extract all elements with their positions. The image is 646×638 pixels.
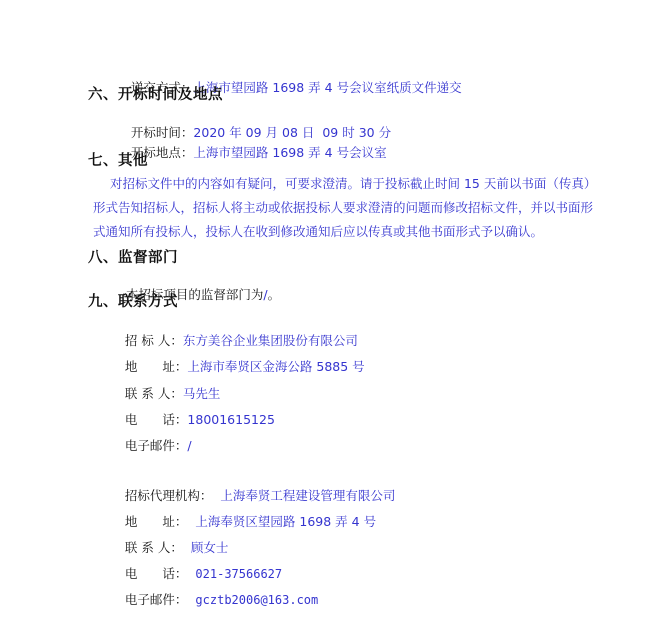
section-heading-opening: 六、开标时间及地点 — [88, 87, 223, 104]
agency-email-row: 电子邮件：gcztb2006@163.com — [109, 579, 318, 623]
open-place-value: 上海市望园路 1698 弄 4 号会议室 — [193, 145, 386, 160]
tenderer-email-row: 电子邮件：/ — [109, 425, 192, 468]
open-place-line: 开标地点：上海市望园路 1698 弄 4 号会议室 — [115, 132, 387, 175]
clarification-paragraph-line-3: 式通知所有投标人，投标人在收到修改通知后应以传真或其他书面形式予以确认。 — [93, 225, 543, 239]
clarification-paragraph-line-1: 对招标文件中的内容如有疑问，可要求澄清。请于投标截止时间 15 天前以书面（传真… — [110, 177, 596, 191]
agency-email-value: gcztb2006@163.com — [195, 593, 318, 607]
section-heading-other: 七、其他 — [88, 153, 148, 170]
section-heading-supervision: 八、监督部门 — [88, 250, 178, 267]
section-heading-contact: 九、联系方式 — [88, 294, 178, 311]
tenderer-email-value: / — [187, 438, 191, 453]
submission-method-value: 上海市望园路 1698 弄 4 号会议室纸质文件递交 — [193, 80, 461, 95]
clarification-paragraph-line-2: 形式告知招标人，招标人将主动或依据投标人要求澄清的问题而修改招标文件，并以书面形 — [93, 201, 593, 215]
supervision-suffix: 。 — [268, 287, 281, 302]
tenderer-email-label: 电子邮件： — [125, 438, 188, 453]
tenderer-phone-value: 18001615125 — [187, 412, 274, 427]
agency-email-label: 电子邮件： — [125, 592, 188, 607]
tender-notice-document: 递交方式：上海市望园路 1698 弄 4 号会议室纸质文件递交 六、开标时间及地… — [0, 0, 646, 638]
